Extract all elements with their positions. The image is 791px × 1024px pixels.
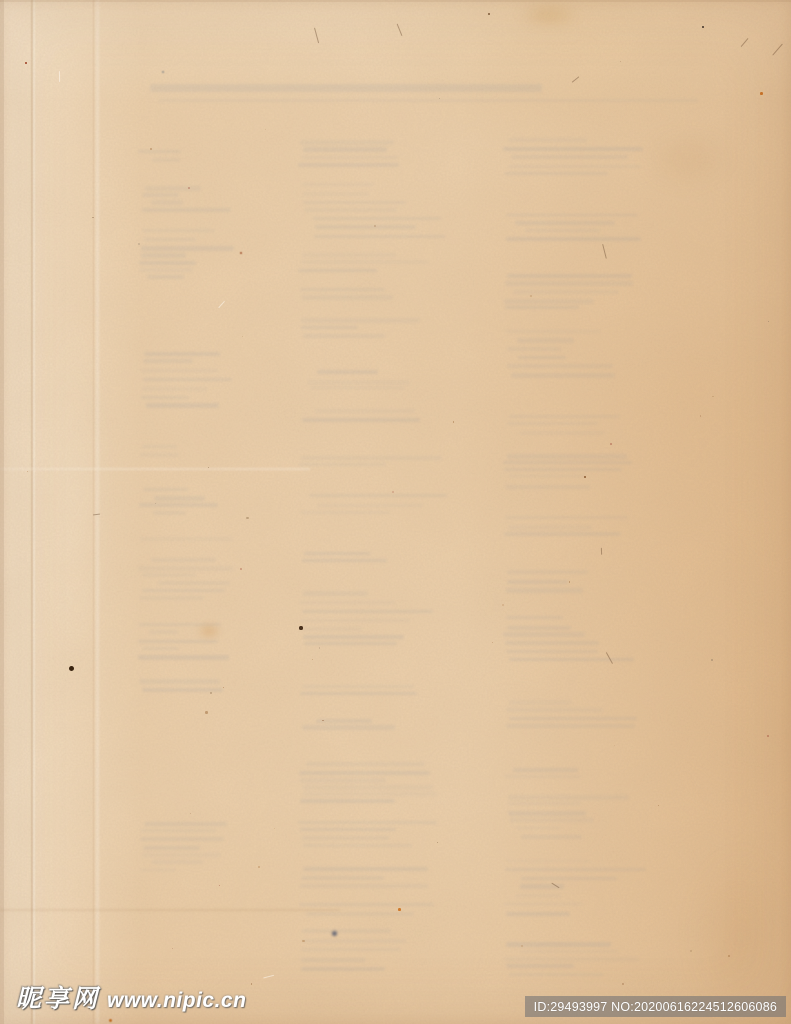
- watermark-id-text: ID:29493997 NO:20200616224512606086: [534, 1000, 777, 1014]
- aged-paper-photo: 昵享网 www.nipic.cn ID:29493997 NO:20200616…: [0, 0, 791, 1024]
- watermark-id-badge: ID:29493997 NO:20200616224512606086: [525, 996, 786, 1017]
- watermark-site-name: 昵享网: [16, 979, 100, 1015]
- watermark-site: 昵享网 www.nipic.cn: [16, 979, 246, 1015]
- paper-background: [0, 0, 791, 1024]
- watermark-site-url: www.nipic.cn: [107, 989, 246, 1013]
